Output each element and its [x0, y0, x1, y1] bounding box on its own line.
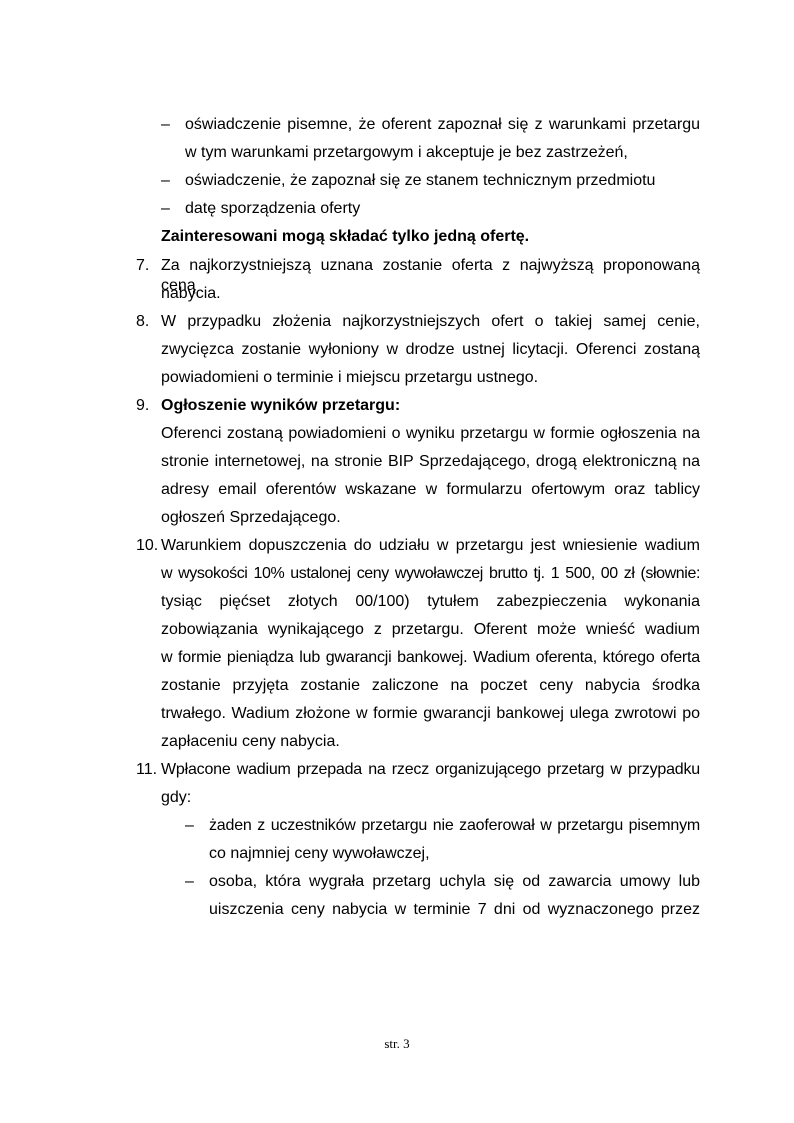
item-number: 11.: [136, 760, 157, 780]
item-number: 9.: [136, 396, 149, 416]
bullet-text: uiszczenia ceny nabycia w terminie 7 dni…: [209, 900, 700, 920]
item-text: nabycia.: [161, 284, 221, 304]
item-text: gdy:: [161, 788, 191, 808]
item-text: stronie internetowej, na stronie BIP Spr…: [161, 452, 700, 472]
item-text: zwycięzca zostanie wyłoniony w drodze us…: [161, 340, 700, 360]
bullet-text: oświadczenie, że zapoznał się ze stanem …: [185, 171, 655, 191]
item-text: Wpłacone wadium przepada na rzecz organi…: [161, 760, 700, 780]
item-text: trwałego. Wadium złożone w formie gwaran…: [161, 704, 700, 724]
bullet-text: oświadczenie pisemne, że oferent zapozna…: [185, 115, 700, 135]
item-text: zobowiązania wynikającego z przetargu. O…: [161, 620, 700, 640]
item-text: w formie pieniądza lub gwarancji bankowe…: [161, 648, 700, 668]
item-text: Za najkorzystniejszą uznana zostanie ofe…: [161, 256, 700, 296]
item-number: 10.: [136, 536, 158, 556]
item-text: W przypadku złożenia najkorzystniejszych…: [161, 312, 700, 332]
item-text: ogłoszeń Sprzedającego.: [161, 508, 341, 528]
bullet-marker: –: [161, 171, 170, 191]
bullet-marker: –: [185, 816, 194, 836]
bullet-marker: –: [161, 115, 170, 135]
item-text: tysiąc pięćset złotych 00/100) tytułem z…: [161, 592, 700, 612]
bullet-marker: –: [161, 199, 170, 219]
item-text: w wysokości 10% ustalonej ceny wywoławcz…: [161, 564, 700, 584]
item-number: 7.: [136, 256, 149, 276]
item-heading: Ogłoszenie wyników przetargu:: [161, 396, 400, 416]
item-number: 8.: [136, 312, 149, 332]
item-text: adresy email oferentów wskazane w formul…: [161, 480, 700, 500]
bold-note: Zainteresowani mogą składać tylko jedną …: [161, 227, 529, 247]
bullet-text: osoba, która wygrała przetarg uchyla się…: [209, 872, 700, 892]
bullet-text: datę sporządzenia oferty: [185, 199, 360, 219]
item-text: zostanie przyjęta zostanie zaliczone na …: [161, 676, 700, 696]
bullet-text: co najmniej ceny wywoławczej,: [209, 844, 430, 864]
bullet-text: w tym warunkami przetargowym i akceptuje…: [185, 143, 628, 163]
item-text: Oferenci zostaną powiadomieni o wyniku p…: [161, 424, 700, 444]
page-number: str. 3: [0, 1036, 794, 1052]
bullet-text: żaden z uczestników przetargu nie zaofer…: [209, 816, 700, 836]
item-text: powiadomieni o terminie i miejscu przeta…: [161, 368, 538, 388]
document-page: – oświadczenie pisemne, że oferent zapoz…: [0, 0, 794, 1123]
item-text: zapłaceniu ceny nabycia.: [161, 732, 340, 752]
bullet-marker: –: [185, 872, 194, 892]
item-text: Warunkiem dopuszczenia do udziału w prze…: [161, 536, 700, 556]
